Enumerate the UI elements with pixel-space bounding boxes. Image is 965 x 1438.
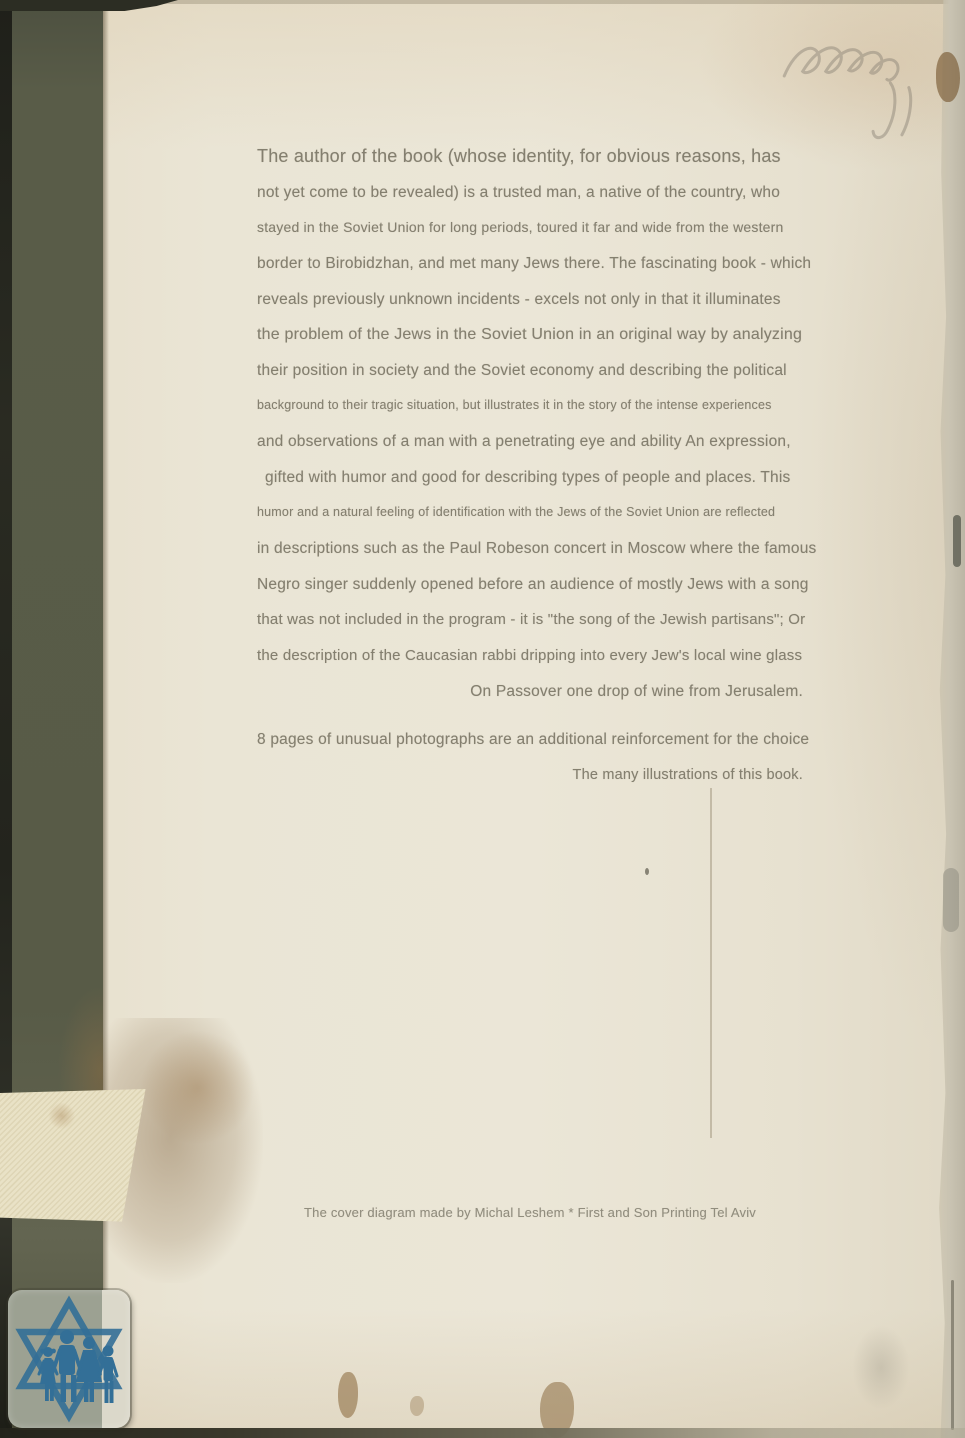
credit-line: The cover diagram made by Michal Leshem … xyxy=(230,1205,830,1220)
synopsis-text: The author of the book (whose identity, … xyxy=(257,139,803,794)
text-line: The author of the book (whose identity, … xyxy=(257,139,803,175)
edge-chip xyxy=(953,515,961,567)
book-back-cover-scan: The author of the book (whose identity, … xyxy=(0,0,965,1438)
text-line: the description of the Caucasian rabbi d… xyxy=(257,638,803,674)
text-line: and observations of a man with a penetra… xyxy=(257,424,803,460)
edge-chip xyxy=(943,868,959,932)
tape-patch xyxy=(0,1089,147,1223)
edge-chip xyxy=(936,52,960,102)
edge-chip xyxy=(951,1280,954,1430)
text-line: the problem of the Jews in the Soviet Un… xyxy=(257,317,803,353)
text-line: reveals previously unknown incidents - e… xyxy=(257,282,803,318)
paper-crease xyxy=(710,788,712,1138)
text-line: that was not included in the program - i… xyxy=(257,602,803,638)
paper-speck xyxy=(645,868,649,875)
text-line: not yet come to be revealed) is a truste… xyxy=(257,175,803,211)
text-line: The many illustrations of this book. xyxy=(257,758,803,794)
spine-left-edge xyxy=(0,0,12,1438)
text-line: background to their tragic situation, bu… xyxy=(257,388,803,424)
bottom-edge-shadow xyxy=(0,1428,965,1438)
text-line: gifted with humor and good for describin… xyxy=(257,460,803,496)
text-line: their position in society and the Soviet… xyxy=(257,353,803,389)
text-line: 8 pages of unusual photographs are an ad… xyxy=(257,722,803,758)
text-line: border to Birobidzhan, and met many Jews… xyxy=(257,246,803,282)
text-line: Negro singer suddenly opened before an a… xyxy=(257,567,803,603)
text-line: On Passover one drop of wine from Jerusa… xyxy=(257,674,803,710)
water-stain-core xyxy=(140,1030,255,1145)
star-of-david-family-icon xyxy=(8,1290,130,1428)
text-line: stayed in the Soviet Union for long peri… xyxy=(257,210,803,246)
publisher-logo xyxy=(8,1290,130,1428)
text-line: in descriptions such as the Paul Robeson… xyxy=(257,531,803,567)
text-line: humor and a natural feeling of identific… xyxy=(257,495,803,531)
smudge xyxy=(852,1325,910,1410)
